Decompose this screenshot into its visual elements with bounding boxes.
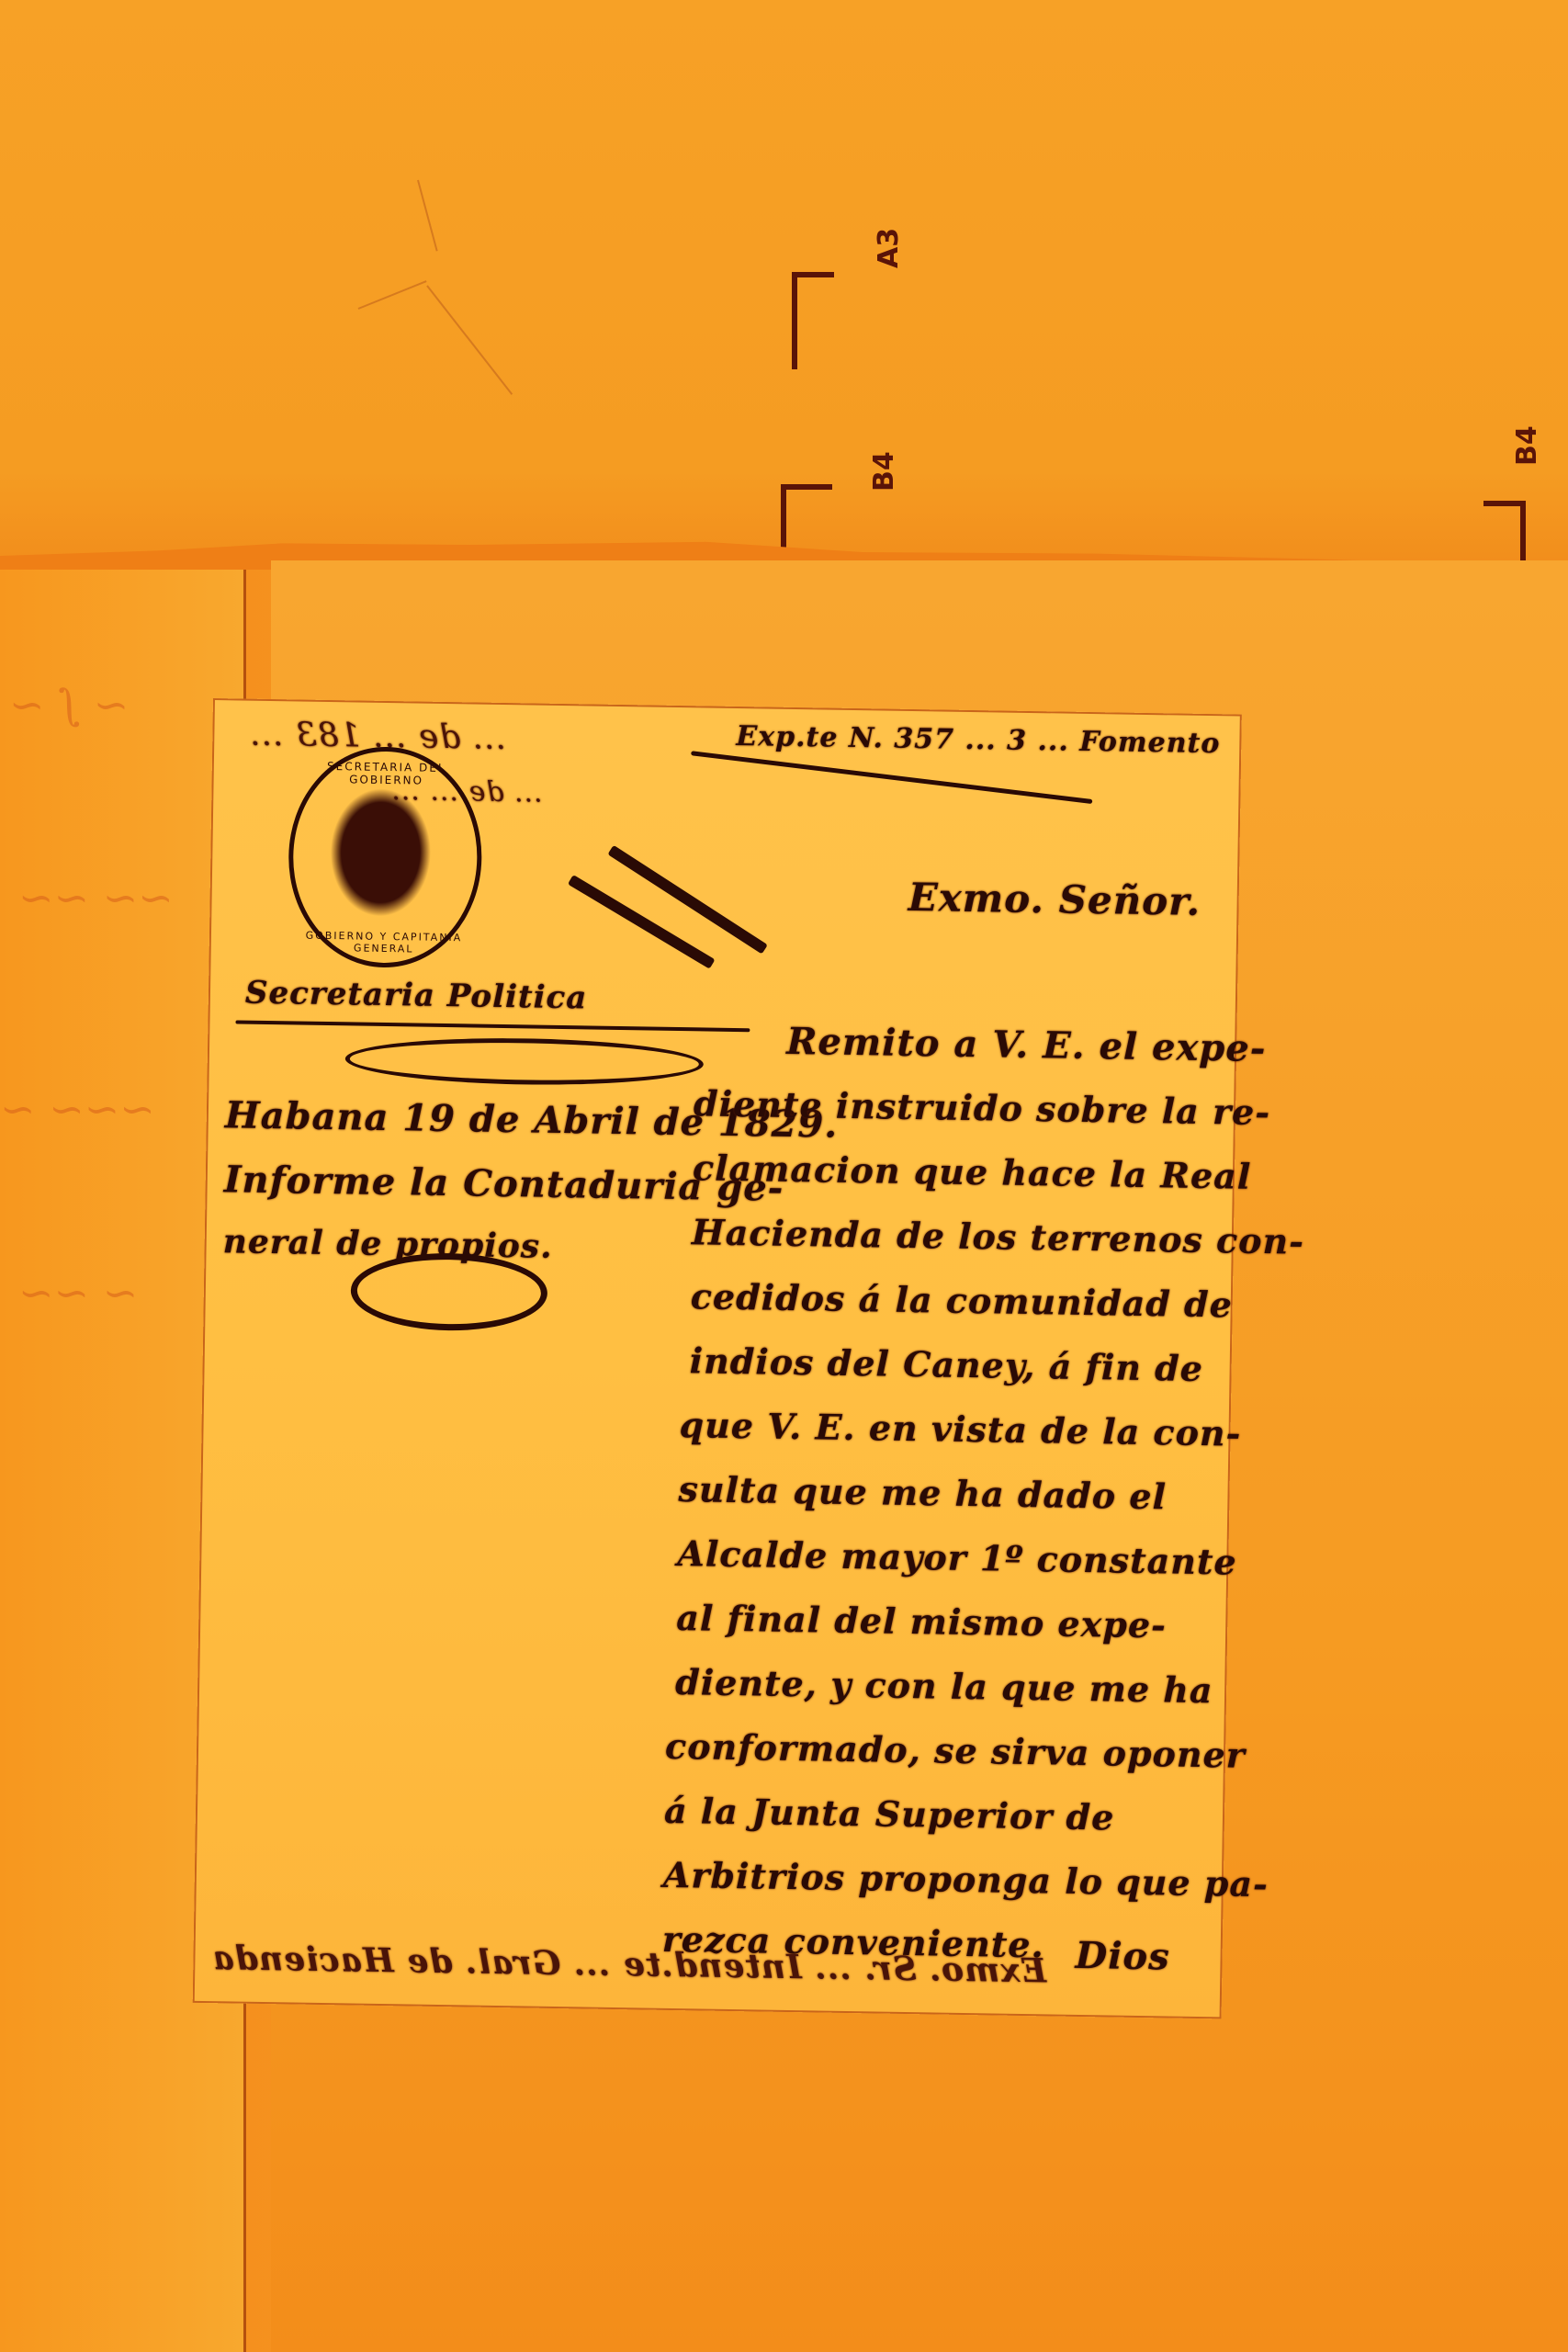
pen-stroke xyxy=(568,875,716,969)
body-line: clamacion que hace la Real xyxy=(693,1147,1252,1197)
seal-ring-text-bottom: GOBIERNO Y CAPITANIA GENERAL xyxy=(292,929,476,955)
body-line: que V. E. en vista de la con- xyxy=(679,1404,1241,1454)
margin-note-line-3: neral de propios. xyxy=(222,1222,553,1266)
body-line: Arbitrios proponga lo que pa- xyxy=(663,1854,1269,1905)
bleed-through-writing: ~ ~~ xyxy=(18,1268,138,1317)
crop-label-b4-right: B4 xyxy=(1511,425,1543,466)
crop-label-b4-center: B4 xyxy=(868,451,900,492)
pen-stroke xyxy=(607,845,767,955)
closing-word: Dios xyxy=(1075,1934,1170,1979)
crop-mark-a3 xyxy=(792,272,834,369)
body-line: cedidos á la comunidad de xyxy=(690,1275,1233,1325)
body-line: Alcalde mayor 1º constante xyxy=(677,1532,1237,1583)
body-line: Hacienda de los terrenos con- xyxy=(692,1211,1305,1261)
header-underline xyxy=(691,751,1092,804)
body-line: sulta que me ha dado el xyxy=(678,1468,1167,1517)
bleed-through-writing: ~ ∫ ~ xyxy=(9,680,129,729)
body-line: diente, y con la que me ha xyxy=(675,1661,1213,1711)
crop-label-a3: A3 xyxy=(873,228,905,268)
department-rubric-flourish xyxy=(344,1035,704,1087)
body-line: al final del mismo expe- xyxy=(676,1597,1167,1645)
body-line: conformado, se sirva oponer xyxy=(665,1725,1246,1776)
department-label: Secretaria Politica xyxy=(245,975,588,1017)
body-line: Remito a V. E. el expe- xyxy=(786,1020,1267,1070)
body-line: indios del Caney, á fin de xyxy=(689,1340,1203,1389)
body-line: á la Junta Superior de xyxy=(664,1790,1115,1838)
department-underline xyxy=(235,1020,750,1032)
expediente-number: Exp.te N. 357 ... 3 ... Fomento xyxy=(736,720,1221,760)
seal-ring-text-top: SECRETARIA DEL GOBIERNO xyxy=(295,759,479,787)
official-seal: SECRETARIA DEL GOBIERNO GOBIERNO Y CAPIT… xyxy=(287,745,483,968)
manuscript-sheet: ... de ... 183 ... ... de ... ... Exp.te… xyxy=(193,698,1242,2018)
salutation: Exmo. Señor. xyxy=(908,875,1201,924)
coat-of-arms-icon xyxy=(329,787,432,918)
bleed-through-writing: ~~~ ~ xyxy=(0,1084,155,1134)
bleed-through-writing: ~~ ~~ xyxy=(18,873,174,922)
